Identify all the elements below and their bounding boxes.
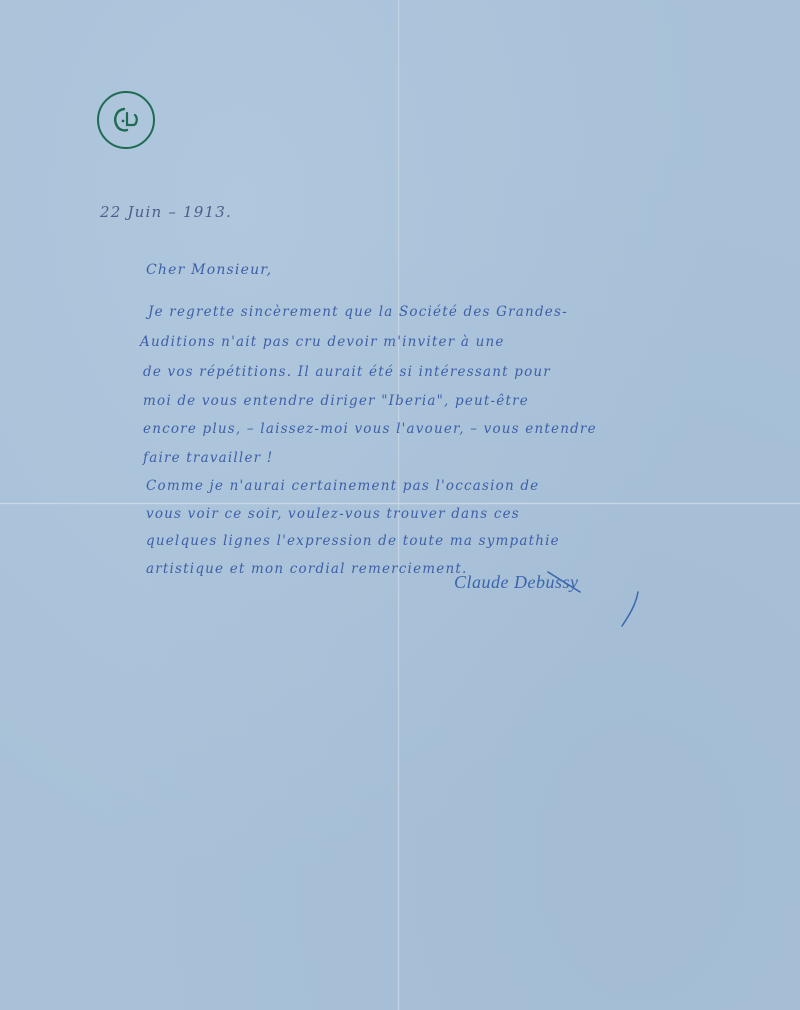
letter-body-line: faire travailler ! — [143, 450, 273, 466]
letter-body-line: Je regrette sincèrement que la Société d… — [148, 304, 568, 320]
letter-body-line: Comme je n'aurai certainement pas l'occa… — [146, 478, 539, 494]
letter-salutation: Cher Monsieur, — [146, 262, 272, 278]
horizontal-fold-crease — [0, 502, 800, 505]
letter-body-line: Auditions n'ait pas cru devoir m'inviter… — [140, 334, 505, 350]
letter-body-line: encore plus, – laissez-moi vous l'avouer… — [143, 421, 597, 437]
signature-flourish-icon — [540, 570, 660, 630]
letter-body-line: artistique et mon cordial remerciement. — [146, 561, 467, 577]
cd-monogram-icon — [97, 91, 155, 149]
letter-body-line: moi de vous entendre diriger "Iberia", p… — [143, 393, 529, 409]
letter-paper: 22 Juin – 1913. Cher Monsieur, Je regret… — [0, 0, 800, 1010]
letter-date: 22 Juin – 1913. — [100, 203, 232, 221]
letter-body-line: de vos répétitions. Il aurait été si int… — [143, 364, 551, 380]
vertical-fold-crease — [397, 0, 400, 1010]
letter-body-line: vous voir ce soir, voulez-vous trouver d… — [146, 506, 520, 522]
letter-body-line: quelques lignes l'expression de toute ma… — [146, 533, 560, 549]
monogram-glyph — [109, 103, 143, 137]
